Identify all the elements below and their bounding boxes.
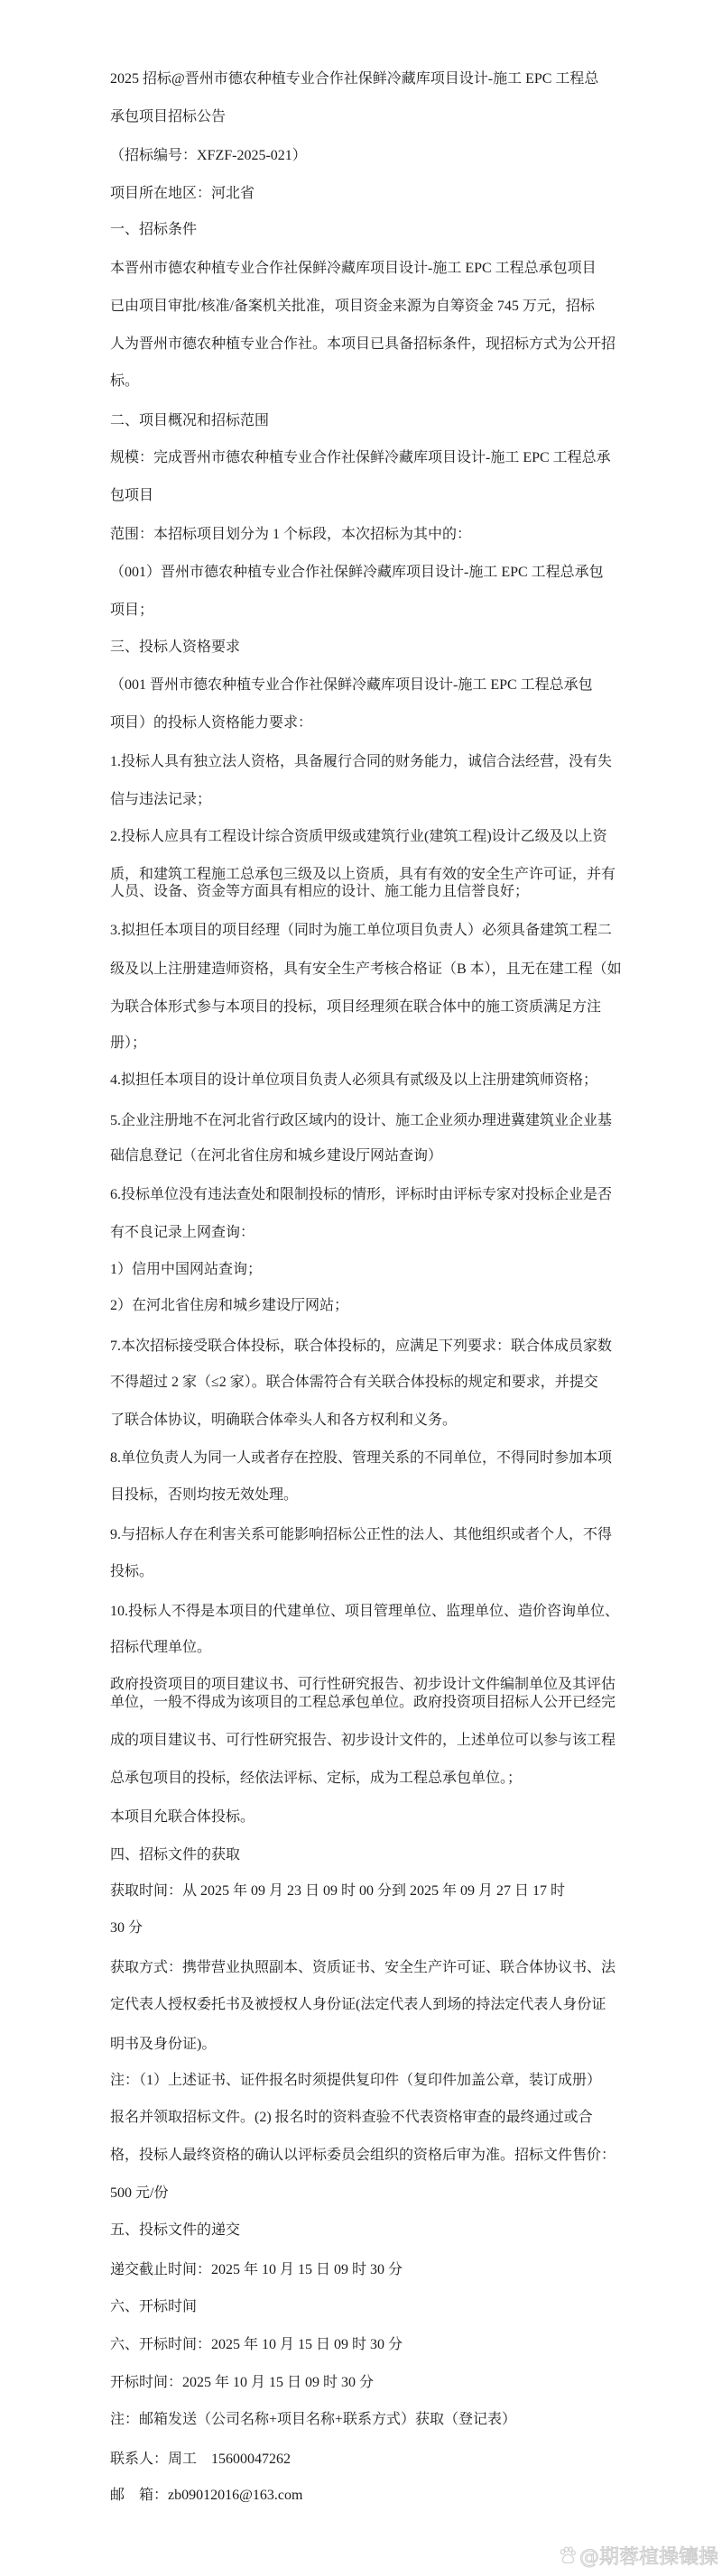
section-3-line: 有不良记录上网查询： <box>110 1224 616 1242</box>
section-3-line: 础信息登记（在河北省住房和城乡建设厅网站查询） <box>110 1147 616 1165</box>
section-3-line: 信与违法记录； <box>110 791 616 809</box>
section-3-line: 总承包项目的投标，经依法评标、定标，成为工程总承包单位。； <box>110 1770 616 1788</box>
section-5-heading: 五、投标文件的递交 <box>110 2222 616 2240</box>
section-2-line: （001）晋州市德农种植专业合作社保鲜冷藏库项目设计-施工 EPC 工程总承包 <box>110 564 616 582</box>
section-3-line: 质，和建筑工程施工总承包三级及以上资质，具有有效的安全生产许可证，并有 <box>110 866 616 884</box>
section-1-line: 本晋州市德农种植专业合作社保鲜冷藏库项目设计-施工 EPC 工程总承包项目 <box>110 260 616 278</box>
section-1-line: 标。 <box>110 373 616 391</box>
section-3-line: 9.与招标人存在利害关系可能影响招标公正性的法人、其他组织或者个人，不得 <box>110 1526 616 1544</box>
watermark: @期蓉楦操镶操 <box>558 2542 718 2569</box>
section-3-line: 为联合体形式参与本项目的投标，项目经理须在联合体中的施工资质满足方注 <box>110 998 616 1017</box>
section-3-line: 成的项目建议书、可行性研究报告、初步设计文件的，上述单位可以参与该工程 <box>110 1732 616 1750</box>
project-region: 项目所在地区：河北省 <box>110 185 616 203</box>
title-line-2: 承包项目招标公告 <box>110 108 616 126</box>
section-2-heading: 二、项目概况和招标范围 <box>110 412 616 430</box>
section-3-line: 10.投标人不得是本项目的代建单位、项目管理单位、监理单位、造价咨询单位、 <box>110 1603 616 1621</box>
section-3-line: 7.本次招标接受联合体投标，联合体投标的，应满足下列要求：联合体成员家数 <box>110 1338 616 1356</box>
section-3-line: 5.企业注册地不在河北省行政区域内的设计、施工企业须办理进冀建筑业企业基 <box>110 1112 616 1130</box>
announcement-page: 2025 招标@晋州市德农种植专业合作社保鲜冷藏库项目设计-施工 EPC 工程总… <box>0 0 722 2576</box>
section-4-line: 格，投标人最终资格的确认以评标委员会组织的资格后审为准。招标文件售价： <box>110 2147 616 2165</box>
section-4-line: 获取时间：从 2025 年 09 月 23 日 09 时 00 分到 2025 … <box>110 1882 616 1900</box>
watermark-text: @期蓉楦操镶操 <box>579 2542 718 2570</box>
section-1-line: 已由项目审批/核准/备案机关批准，项目资金来源为自筹资金 745 万元，招标 <box>110 298 616 316</box>
section-3-line: 8.单位负责人为同一人或者存在控股、管理关系的不同单位，不得同时参加本项 <box>110 1449 616 1467</box>
section-4-heading: 四、招标文件的获取 <box>110 1846 616 1864</box>
section-3-heading: 三、投标人资格要求 <box>110 639 616 657</box>
baidu-paw-icon <box>558 2545 578 2565</box>
section-2-line: 包项目 <box>110 487 616 505</box>
email-note: 注：邮箱发送（公司名称+项目名称+联系方式）获取（登记表） <box>110 2411 616 2429</box>
section-3-line: 2.投标人应具有工程设计综合资质甲级或建筑行业(建筑工程)设计乙级及以上资 <box>110 828 616 846</box>
section-3-line: 了联合体协议，明确联合体牵头人和各方权利和义务。 <box>110 1412 616 1430</box>
section-3-line: 级及以上注册建造师资格，具有安全生产考核合格证（B 本），且无在建工程（如 <box>110 961 616 979</box>
section-4-line: 获取方式：携带营业执照副本、资质证书、安全生产许可证、联合体协议书、法 <box>110 1959 616 1977</box>
section-4-line: 报名并领取招标文件。(2) 报名时的资料查验不代表资格审查的最终通过或合 <box>110 2109 616 2127</box>
section-3-line: 本项目允联合体投标。 <box>110 1808 616 1826</box>
section-3-line: 6.投标单位没有违法查处和限制投标的情形，评标时由评标专家对投标企业是否 <box>110 1186 616 1204</box>
section-3-line: 不得超过 2 家（≤2 家）。联合体需符合有关联合体投标的规定和要求，并提交 <box>110 1374 616 1392</box>
section-3-line: 人员、设备、资金等方面具有相应的设计、施工能力且信誉良好； <box>110 883 616 901</box>
section-3-line: 2）在河北省住房和城乡建设厅网站； <box>110 1297 616 1315</box>
section-4-line: 定代表人授权委托书及被授权人身份证(法定代表人到场的持法定代表人身份证 <box>110 1996 616 2014</box>
section-4-line: 30 分 <box>110 1919 616 1937</box>
section-6-heading: 六、开标时间 <box>110 2298 616 2316</box>
section-3-line: （001 晋州市德农种植专业合作社保鲜冷藏库项目设计-施工 EPC 工程总承包 <box>110 676 616 695</box>
section-3-line: 投标。 <box>110 1563 616 1581</box>
section-3-line: 目投标，否则均按无效处理。 <box>110 1486 616 1504</box>
contact-person: 联系人：周工 15600047262 <box>110 2451 616 2469</box>
section-3-line: 1）信用中国网站查询； <box>110 1261 616 1279</box>
section-2-line: 项目； <box>110 602 616 620</box>
section-3-line: 招标代理单位。 <box>110 1639 616 1657</box>
title-line-1: 2025 招标@晋州市德农种植专业合作社保鲜冷藏库项目设计-施工 EPC 工程总 <box>110 70 616 88</box>
opening-time-line: 六、开标时间：2025 年 10 月 15 日 09 时 30 分 <box>110 2336 616 2354</box>
bid-number: （招标编号：XFZF-2025-021） <box>110 147 616 165</box>
opening-time-line: 开标时间：2025 年 10 月 15 日 09 时 30 分 <box>110 2374 616 2392</box>
section-2-line: 范围：本招标项目划分为 1 个标段，本次招标为其中的： <box>110 526 616 544</box>
section-3-line: 政府投资项目的项目建议书、可行性研究报告、初步设计文件编制单位及其评估 <box>110 1676 616 1694</box>
section-3-line: 3.拟担任本项目的项目经理（同时为施工单位项目负责人）必须具备建筑工程二 <box>110 922 616 940</box>
section-3-line: 册）； <box>110 1035 616 1053</box>
submission-deadline: 递交截止时间：2025 年 10 月 15 日 09 时 30 分 <box>110 2261 616 2279</box>
section-4-line: 明书及身份证)。 <box>110 2036 616 2054</box>
section-4-line: 注：（1）上述证书、证件报名时须提供复印件（复印件加盖公章，装订成册） <box>110 2072 616 2090</box>
section-3-line: 4.拟担任本项目的设计单位项目负责人必须具有贰级及以上注册建筑师资格； <box>110 1072 616 1090</box>
section-3-line: 项目）的投标人资格能力要求： <box>110 714 616 732</box>
section-1-heading: 一、招标条件 <box>110 221 616 239</box>
section-4-line: 500 元/份 <box>110 2185 616 2203</box>
contact-email: 邮 箱：zb09012016@163.com <box>110 2487 616 2505</box>
section-1-line: 人为晋州市德农种植专业合作社。本项目已具备招标条件，现招标方式为公开招 <box>110 336 616 354</box>
section-2-line: 规模：完成晋州市德农种植专业合作社保鲜冷藏库项目设计-施工 EPC 工程总承 <box>110 449 616 467</box>
section-3-line: 1.投标人具有独立法人资格，具备履行合同的财务能力，诚信合法经营，没有失 <box>110 753 616 771</box>
section-3-line: 单位，一般不得成为该项目的工程总承包单位。政府投资项目招标人公开已经完 <box>110 1694 616 1712</box>
